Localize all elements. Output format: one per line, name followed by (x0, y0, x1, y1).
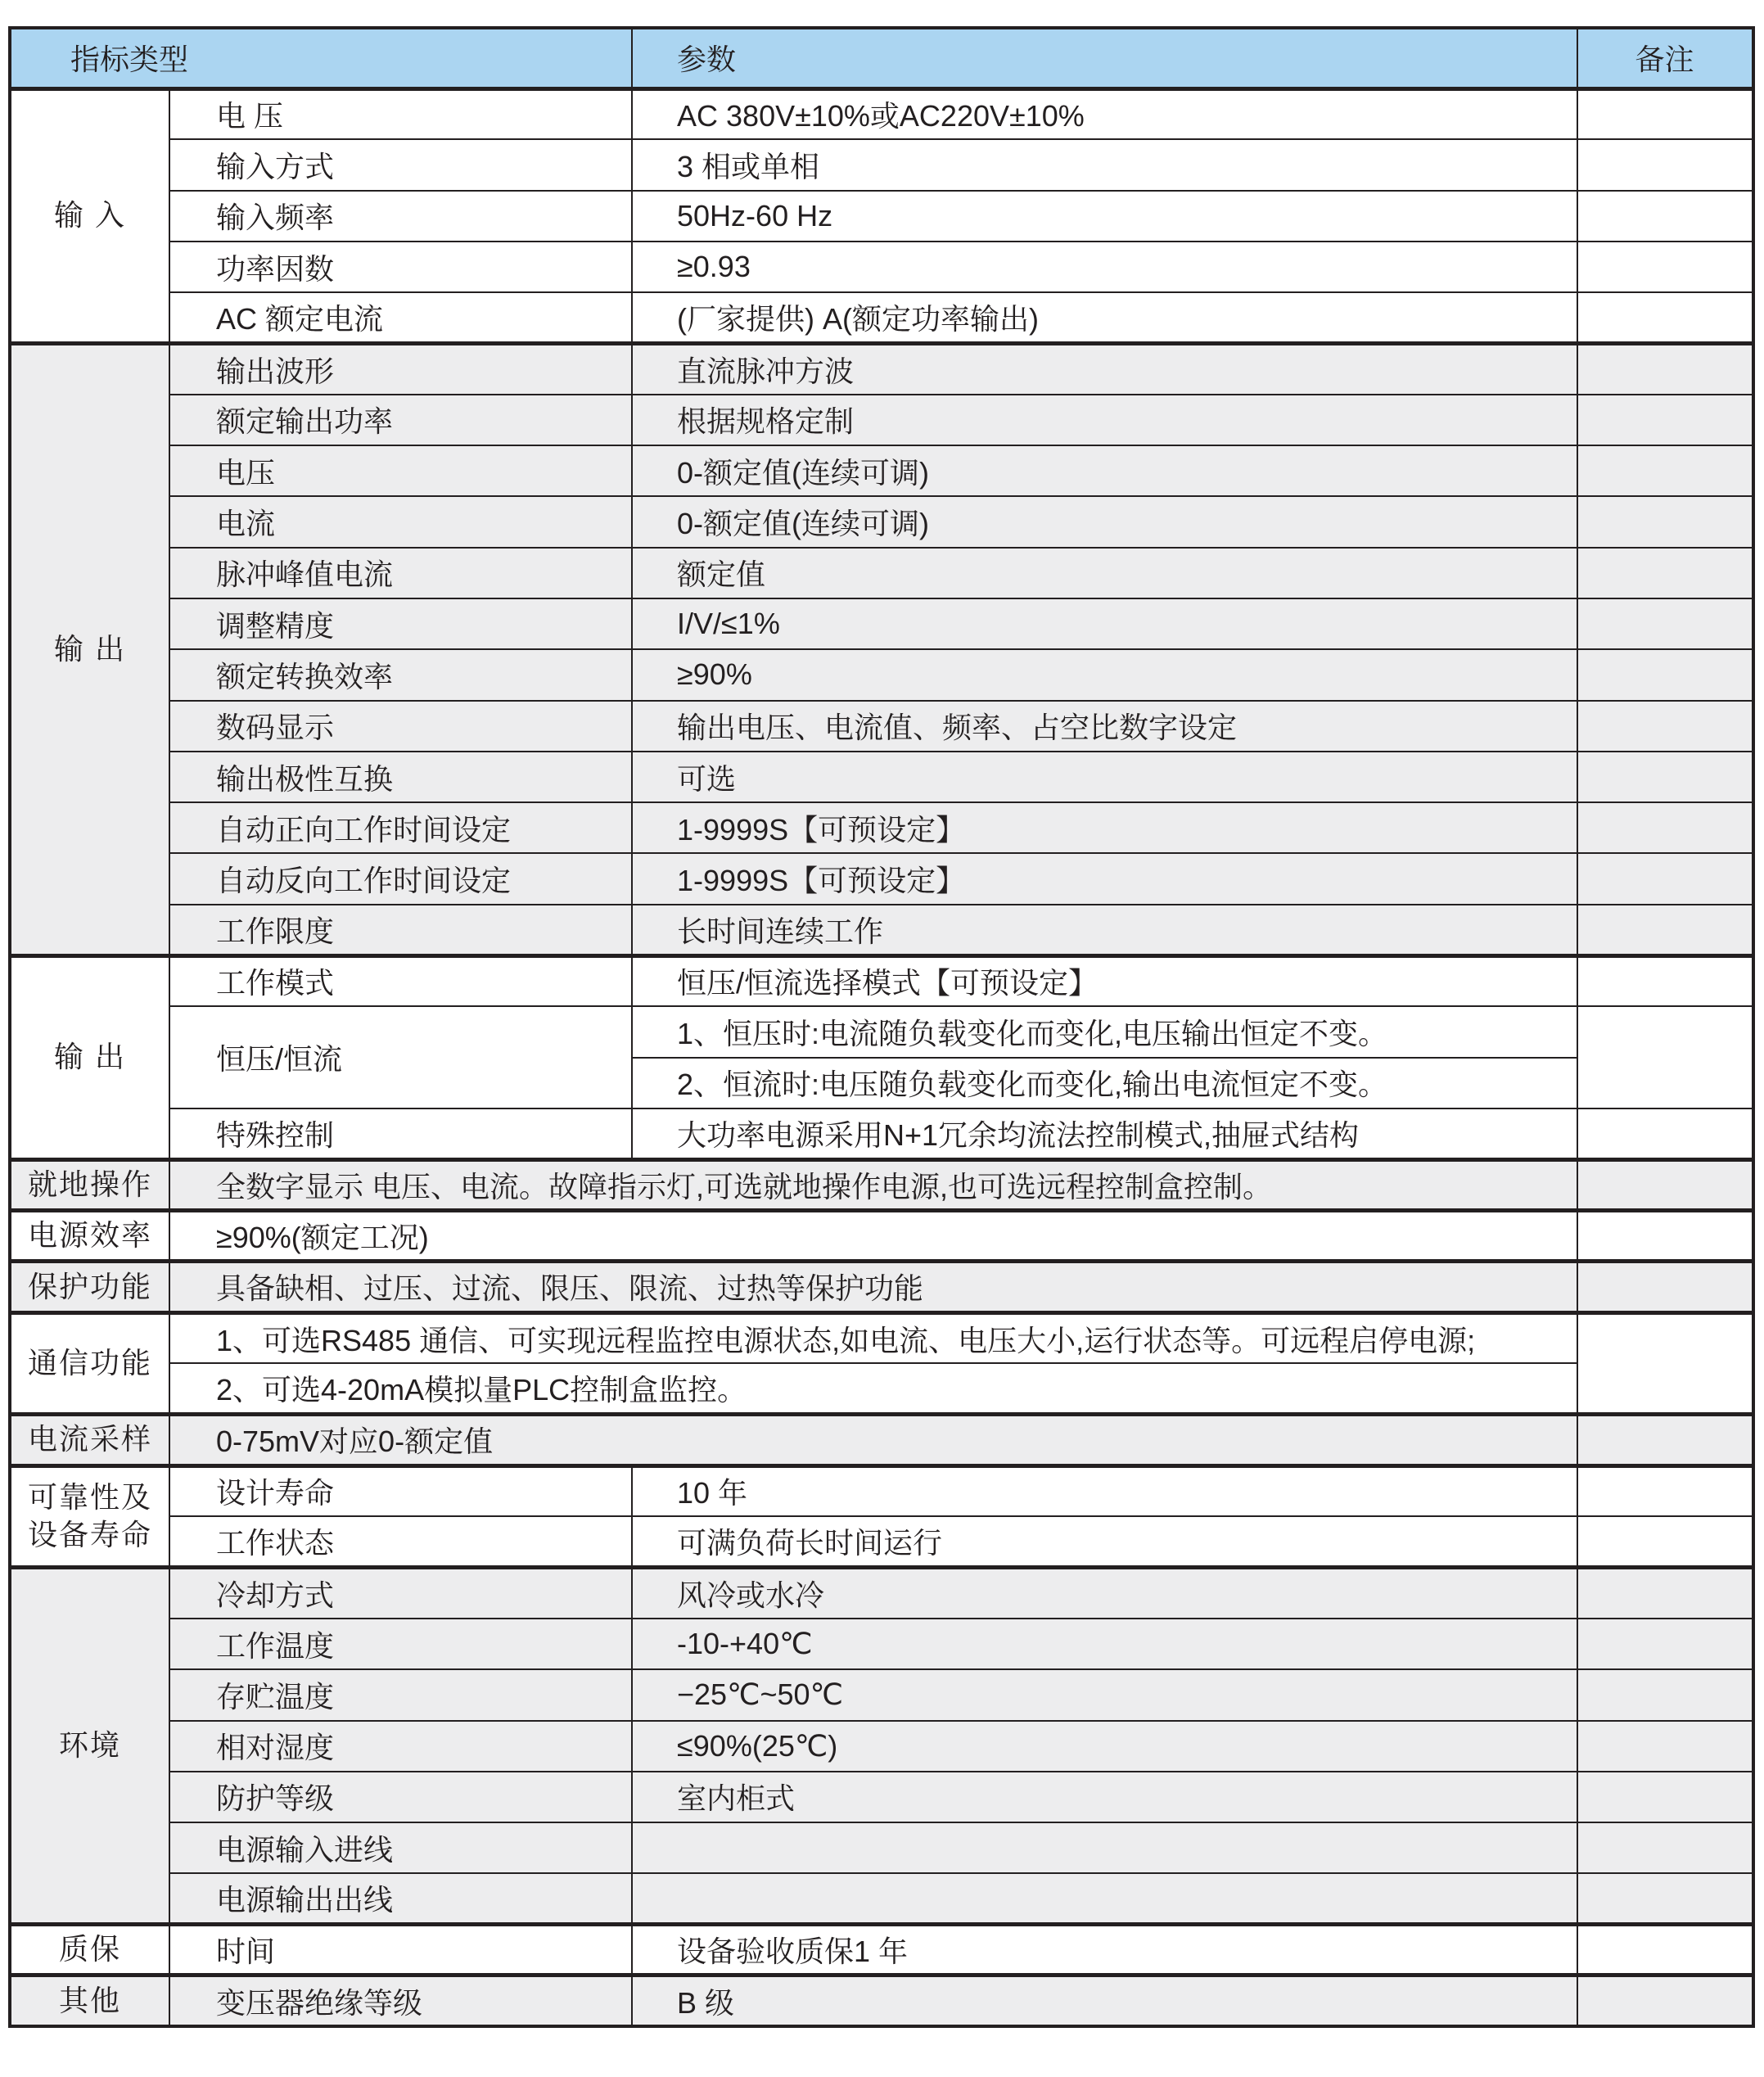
table-row: 2、可选4-20mA模拟量PLC控制盒监控。 (10, 1363, 1753, 1414)
value-cell: 3 相或单相 (632, 139, 1577, 190)
table-row: 额定转换效率 ≥90% (10, 649, 1753, 700)
table-row: 其他 变压器绝缘等级 B 级 (10, 1975, 1753, 2026)
item-cell: 电源输入进线 (169, 1822, 632, 1873)
value-cell: 2、可选4-20mA模拟量PLC控制盒监控。 (169, 1363, 1577, 1414)
value-cell: 可满负荷长时间运行 (632, 1516, 1577, 1567)
group-cell-warranty: 质保 (10, 1925, 169, 1975)
table-row: 电流采样 0-75mV对应0-额定值 (10, 1415, 1753, 1465)
item-cell: 电压 (169, 445, 632, 496)
value-cell: 可选 (632, 752, 1577, 802)
item-cell: 恒压/恒流 (169, 1006, 632, 1108)
value-cell: 输出电压、电流值、频率、占空比数字设定 (632, 701, 1577, 752)
note-cell (1577, 649, 1753, 700)
item-cell: 输出波形 (169, 343, 632, 394)
table-row: 输出极性互换 可选 (10, 752, 1753, 802)
value-cell: 1-9999S【可预设定】 (632, 853, 1577, 904)
item-cell: 输入方式 (169, 139, 632, 190)
note-cell (1577, 548, 1753, 598)
table-row: 电源输出出线 (10, 1873, 1753, 1924)
item-cell: 电 压 (169, 88, 632, 139)
note-cell (1577, 1619, 1753, 1669)
item-cell: 输出极性互换 (169, 752, 632, 802)
note-cell (1577, 395, 1753, 445)
note-cell (1577, 1465, 1753, 1516)
table-row: 脉冲峰值电流 额定值 (10, 548, 1753, 598)
value-cell: I/V/≤1% (632, 598, 1577, 649)
table-row: 自动反向工作时间设定 1-9999S【可预设定】 (10, 853, 1753, 904)
value-cell: 室内柜式 (632, 1772, 1577, 1822)
note-cell (1577, 853, 1753, 904)
item-cell: 存贮温度 (169, 1669, 632, 1720)
table-row: 保护功能 具备缺相、过压、过流、限压、限流、过热等保护功能 (10, 1262, 1753, 1312)
item-cell: AC 额定电流 (169, 292, 632, 343)
item-cell: 工作模式 (169, 955, 632, 1006)
table-row: 输 出 工作模式 恒压/恒流选择模式【可预设定】 (10, 955, 1753, 1006)
item-cell: 冷却方式 (169, 1568, 632, 1619)
table-row: 恒压/恒流 1、恒压时:电流随负载变化而变化,电压输出恒定不变。 (10, 1006, 1753, 1057)
item-cell: 额定输出功率 (169, 395, 632, 445)
value-cell: AC 380V±10%或AC220V±10% (632, 88, 1577, 139)
spec-sheet-page: 指标类型 参数 备注 输 入 电 压 AC 380V±10%或AC220V±10… (0, 0, 1764, 2077)
table-row: AC 额定电流 (厂家提供) A(额定功率输出) (10, 292, 1753, 343)
group-cell-other: 其他 (10, 1975, 169, 2026)
value-cell: 根据规格定制 (632, 395, 1577, 445)
group-cell-input: 输 入 (10, 88, 169, 343)
header-indicator-type: 指标类型 (10, 28, 632, 88)
value-cell: ≥90%(额定工况) (169, 1211, 1577, 1262)
table-row: 环境 冷却方式 风冷或水冷 (10, 1568, 1753, 1619)
table-row: 功率因数 ≥0.93 (10, 242, 1753, 292)
table-row: 自动正向工作时间设定 1-9999S【可预设定】 (10, 802, 1753, 853)
table-row: 质保 时间 设备验收质保1 年 (10, 1925, 1753, 1975)
note-cell (1577, 1975, 1753, 2026)
table-row: 数码显示 输出电压、电流值、频率、占空比数字设定 (10, 701, 1753, 752)
note-cell (1577, 802, 1753, 853)
value-cell: (厂家提供) A(额定功率输出) (632, 292, 1577, 343)
group-cell-current-sampling: 电流采样 (10, 1415, 169, 1465)
note-cell (1577, 445, 1753, 496)
table-row: 输 出 输出波形 直流脉冲方波 (10, 343, 1753, 394)
note-cell (1577, 1006, 1753, 1108)
table-row: 可靠性及 设备寿命 设计寿命 10 年 (10, 1465, 1753, 1516)
table-row: 电源效率 ≥90%(额定工况) (10, 1211, 1753, 1262)
value-cell: 设备验收质保1 年 (632, 1925, 1577, 1975)
note-cell (1577, 1772, 1753, 1822)
table-row: 存贮温度 −25℃~50℃ (10, 1669, 1753, 1720)
item-cell: 工作状态 (169, 1516, 632, 1567)
table-row: 电流 0-额定值(连续可调) (10, 496, 1753, 547)
value-cell: 1、可选RS485 通信、可实现远程监控电源状态,如电流、电压大小,运行状态等。… (169, 1312, 1577, 1363)
value-cell: 风冷或水冷 (632, 1568, 1577, 1619)
note-cell (1577, 1873, 1753, 1924)
note-cell (1577, 1312, 1753, 1415)
note-cell (1577, 1516, 1753, 1567)
group-cell-protection: 保护功能 (10, 1262, 169, 1312)
table-row: 工作限度 长时间连续工作 (10, 905, 1753, 955)
group-cell-output: 输 出 (10, 343, 169, 955)
note-cell (1577, 292, 1753, 343)
group-cell-efficiency: 电源效率 (10, 1211, 169, 1262)
note-cell (1577, 701, 1753, 752)
table-row: 输入频率 50Hz-60 Hz (10, 191, 1753, 242)
value-cell: 1、恒压时:电流随负载变化而变化,电压输出恒定不变。 (632, 1006, 1577, 1057)
item-cell: 电流 (169, 496, 632, 547)
value-cell: ≤90%(25℃) (632, 1721, 1577, 1772)
item-cell: 电源输出出线 (169, 1873, 632, 1924)
table-row: 就地操作 全数字显示 电压、电流。故障指示灯,可选就地操作电源,也可选远程控制盒… (10, 1159, 1753, 1210)
table-row: 防护等级 室内柜式 (10, 1772, 1753, 1822)
value-cell (632, 1822, 1577, 1873)
table-row: 额定输出功率 根据规格定制 (10, 395, 1753, 445)
group-cell-reliability: 可靠性及 设备寿命 (10, 1465, 169, 1568)
note-cell (1577, 955, 1753, 1006)
group-cell-local-operation: 就地操作 (10, 1159, 169, 1210)
table-row: 特殊控制 大功率电源采用N+1冗余均流法控制模式,抽屉式结构 (10, 1108, 1753, 1159)
value-cell: 2、恒流时:电压随负载变化而变化,输出电流恒定不变。 (632, 1058, 1577, 1108)
table-row: 相对湿度 ≤90%(25℃) (10, 1721, 1753, 1772)
note-cell (1577, 1211, 1753, 1262)
value-cell: 10 年 (632, 1465, 1577, 1516)
header-parameter: 参数 (632, 28, 1577, 88)
group-cell-communication: 通信功能 (10, 1312, 169, 1415)
note-cell (1577, 1262, 1753, 1312)
table-row: 调整精度 I/V/≤1% (10, 598, 1753, 649)
note-cell (1577, 1159, 1753, 1210)
note-cell (1577, 496, 1753, 547)
value-cell: 0-75mV对应0-额定值 (169, 1415, 1577, 1465)
note-cell (1577, 1822, 1753, 1873)
item-cell: 变压器绝缘等级 (169, 1975, 632, 2026)
table-row: 电压 0-额定值(连续可调) (10, 445, 1753, 496)
table-row: 通信功能 1、可选RS485 通信、可实现远程监控电源状态,如电流、电压大小,运… (10, 1312, 1753, 1363)
item-cell: 功率因数 (169, 242, 632, 292)
item-cell: 工作限度 (169, 905, 632, 955)
note-cell (1577, 1108, 1753, 1159)
value-cell: 恒压/恒流选择模式【可预设定】 (632, 955, 1577, 1006)
table-row: 输 入 电 压 AC 380V±10%或AC220V±10% (10, 88, 1753, 139)
note-cell (1577, 905, 1753, 955)
note-cell (1577, 1415, 1753, 1465)
value-cell: −25℃~50℃ (632, 1669, 1577, 1720)
table-row: 工作温度 -10-+40℃ (10, 1619, 1753, 1669)
note-cell (1577, 139, 1753, 190)
item-cell: 额定转换效率 (169, 649, 632, 700)
item-cell: 输入频率 (169, 191, 632, 242)
item-cell: 数码显示 (169, 701, 632, 752)
note-cell (1577, 343, 1753, 394)
value-cell: 0-额定值(连续可调) (632, 445, 1577, 496)
value-cell: 长时间连续工作 (632, 905, 1577, 955)
value-cell: 直流脉冲方波 (632, 343, 1577, 394)
item-cell: 设计寿命 (169, 1465, 632, 1516)
value-cell: 大功率电源采用N+1冗余均流法控制模式,抽屉式结构 (632, 1108, 1577, 1159)
note-cell (1577, 1925, 1753, 1975)
table-header: 指标类型 参数 备注 (10, 28, 1753, 88)
value-cell: 额定值 (632, 548, 1577, 598)
note-cell (1577, 598, 1753, 649)
header-row: 指标类型 参数 备注 (10, 28, 1753, 88)
note-cell (1577, 752, 1753, 802)
item-cell: 自动反向工作时间设定 (169, 853, 632, 904)
value-cell: 50Hz-60 Hz (632, 191, 1577, 242)
value-cell: 0-额定值(连续可调) (632, 496, 1577, 547)
note-cell (1577, 242, 1753, 292)
item-cell: 脉冲峰值电流 (169, 548, 632, 598)
value-cell: 全数字显示 电压、电流。故障指示灯,可选就地操作电源,也可选远程控制盒控制。 (169, 1159, 1577, 1210)
value-cell: B 级 (632, 1975, 1577, 2026)
spec-table: 指标类型 参数 备注 输 入 电 压 AC 380V±10%或AC220V±10… (8, 26, 1755, 2028)
item-cell: 特殊控制 (169, 1108, 632, 1159)
item-cell: 调整精度 (169, 598, 632, 649)
header-note: 备注 (1577, 28, 1753, 88)
table-row: 电源输入进线 (10, 1822, 1753, 1873)
note-cell (1577, 1721, 1753, 1772)
table-row: 工作状态 可满负荷长时间运行 (10, 1516, 1753, 1567)
group-cell-environment: 环境 (10, 1568, 169, 1925)
value-cell: 具备缺相、过压、过流、限压、限流、过热等保护功能 (169, 1262, 1577, 1312)
table-row: 输入方式 3 相或单相 (10, 139, 1753, 190)
item-cell: 相对湿度 (169, 1721, 632, 1772)
value-cell (632, 1873, 1577, 1924)
value-cell: ≥90% (632, 649, 1577, 700)
note-cell (1577, 88, 1753, 139)
item-cell: 时间 (169, 1925, 632, 1975)
note-cell (1577, 1669, 1753, 1720)
value-cell: 1-9999S【可预设定】 (632, 802, 1577, 853)
note-cell (1577, 1568, 1753, 1619)
value-cell: -10-+40℃ (632, 1619, 1577, 1669)
note-cell (1577, 191, 1753, 242)
item-cell: 工作温度 (169, 1619, 632, 1669)
group-cell-output-2: 输 出 (10, 955, 169, 1159)
value-cell: ≥0.93 (632, 242, 1577, 292)
item-cell: 防护等级 (169, 1772, 632, 1822)
item-cell: 自动正向工作时间设定 (169, 802, 632, 853)
